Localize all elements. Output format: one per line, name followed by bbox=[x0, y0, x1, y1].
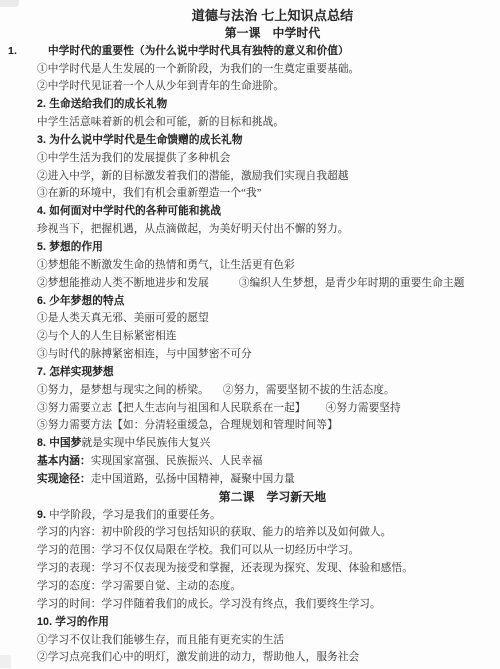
body-text: 学习的时间：学习伴随着我们的成长。学习没有终点，我们要终生学习。 bbox=[37, 599, 381, 610]
topic-heading: 2. 生命送给我们的成长礼物 bbox=[37, 96, 486, 114]
body-text: ①中学生活为我们的发展提供了多种机会 bbox=[37, 153, 230, 164]
heading-text: 中学时代的重要性（为什么说中学时代具有独特的意义和价值） bbox=[48, 45, 349, 57]
body-text: ②中学时代见证着一个人从少年到青年的生命进阶。 bbox=[37, 81, 284, 92]
body-line: 学习的内容：初中阶段的学习包括知识的获取、能力的培养以及如何做人。 bbox=[37, 524, 486, 542]
item-number: 1. bbox=[8, 43, 17, 61]
topic-heading: 7. 怎样实现梦想 bbox=[37, 364, 486, 382]
body-line: ②梦想能推动人类不断地进步和发展③编织人生梦想，是青少年时期的重要生命主题 bbox=[37, 275, 486, 293]
heading-text: 第一课 中学时代 bbox=[225, 26, 321, 40]
heading-text: 10. 学习的作用 bbox=[37, 616, 109, 628]
body-line: ③与时代的脉搏紧密相连，与中国梦密不可分 bbox=[37, 346, 486, 364]
body-line: 学习的表现：学习不仅表现为接受和掌握，还表现为探究、发现、体验和感悟。 bbox=[37, 560, 486, 578]
body-text: 实现国家富强、民族振兴、人民幸福 bbox=[91, 456, 263, 467]
body-text: 就是实现中华民族伟大复兴 bbox=[81, 438, 210, 449]
heading-text: 6. 少年梦想的特点 bbox=[37, 295, 124, 307]
body-line: ②与个人的人生目标紧密相连 bbox=[37, 328, 486, 346]
body-text: ①学习不仅让我们能够生存，而且能有更充实的生活 bbox=[37, 635, 284, 646]
body-text: ②与个人的人生目标紧密相连 bbox=[37, 331, 177, 342]
topic-heading: 5. 梦想的作用 bbox=[37, 239, 486, 257]
body-line: ②中学时代见证着一个人从少年到青年的生命进阶。 bbox=[37, 78, 486, 96]
body-line: ③在新的环境中，我们有机会重新塑造一个“我” bbox=[37, 185, 486, 203]
body-line: 中学生活意味着新的机会和可能，新的目标和挑战。 bbox=[37, 114, 486, 132]
body-text: ①是人类天真无邪、美丽可爱的愿望 bbox=[37, 313, 209, 324]
heading-text: 道德与法治 七上知识点总结 bbox=[192, 8, 354, 23]
body-line: ①中学时代是人生发展的一个新阶段，为我们的一生奠定重要基础。 bbox=[37, 61, 486, 79]
body-line: ③努力需要立志【把人生志向与祖国和人民联系在一起】④努力需要坚持 bbox=[37, 400, 486, 418]
body-text: ②梦想能推动人类不断地进步和发展 bbox=[37, 278, 209, 289]
body-line: 9. 中学阶段，学习是我们的重要任务。 bbox=[37, 507, 486, 525]
body-text: ①梦想能不断激发生命的热情和勇气，让生活更有色彩 bbox=[37, 260, 295, 271]
topic-heading: 10. 学习的作用 bbox=[37, 614, 486, 632]
body-line: 珍视当下，把握机遇，从点滴做起，为美好明天付出不懈的努力。 bbox=[37, 221, 486, 239]
heading-text: 3. 为什么说中学时代是生命馈赠的成长礼物 bbox=[37, 134, 243, 146]
document-page: 道德与法治 七上知识点总结第一课 中学时代1.中学时代的重要性（为什么说中学时代… bbox=[0, 0, 500, 669]
lesson-heading: 第一课 中学时代 bbox=[37, 25, 486, 43]
body-text: ③努力需要立志【把人生志向与祖国和人民联系在一起】 bbox=[37, 403, 306, 414]
scan-artifact-top-left bbox=[0, 0, 19, 7]
body-text: ②学习点亮我们心中的明灯，激发前进的动力，帮助他人，服务社会 bbox=[37, 652, 359, 663]
heading-text: 8. 中国梦 bbox=[37, 437, 81, 449]
body-text: ②进入中学，新的目标激发着我们的潜能，激励我们实现自我超越 bbox=[37, 171, 349, 182]
body-line: ①学习不仅让我们能够生存，而且能有更充实的生活 bbox=[37, 632, 486, 650]
heading-text: 实现途径： bbox=[37, 473, 91, 485]
body-text: 学习的范围：学习不仅仅局限在学校。我们可以从一切经历中学习。 bbox=[37, 545, 359, 556]
body-text: 中学阶段，学习是我们的重要任务。 bbox=[46, 510, 221, 521]
heading-text: 4. 如何面对中学时代的各种可能和挑战 bbox=[37, 205, 221, 217]
lesson-heading: 第二课 学习新天地 bbox=[37, 489, 486, 507]
body-text: ④努力需要坚持 bbox=[326, 403, 401, 414]
body-line: 学习的态度：学习需要自觉、主动的态度。 bbox=[37, 578, 486, 596]
body-line: ①梦想能不断激发生命的热情和勇气，让生活更有色彩 bbox=[37, 257, 486, 275]
body-line: ⑤努力需要方法【如：分清轻重缓急，合理规划和管理时间等】 bbox=[37, 417, 486, 435]
body-text: ②努力，需要坚韧不拔的生活态度。 bbox=[223, 385, 395, 396]
heading-text: 7. 怎样实现梦想 bbox=[37, 366, 114, 378]
body-text: ①中学时代是人生发展的一个新阶段，为我们的一生奠定重要基础。 bbox=[37, 64, 359, 75]
body-text: ③在新的环境中，我们有机会重新塑造一个“我” bbox=[37, 188, 262, 199]
body-text: 学习的表现：学习不仅表现为接受和掌握，还表现为探究、发现、体验和感悟。 bbox=[37, 563, 413, 574]
body-line: ①中学生活为我们的发展提供了多种机会 bbox=[37, 150, 486, 168]
body-line: 实现途径：走中国道路，弘扬中国精神，凝聚中国力量 bbox=[37, 471, 486, 489]
body-line: ②学习点亮我们心中的明灯，激发前进的动力，帮助他人，服务社会 bbox=[37, 649, 486, 667]
body-text: 学习的态度：学习需要自觉、主动的态度。 bbox=[37, 581, 241, 592]
doc-title: 道德与法治 七上知识点总结 bbox=[37, 7, 486, 25]
body-text: 走中国道路，弘扬中国精神，凝聚中国力量 bbox=[91, 474, 295, 485]
topic-heading: 4. 如何面对中学时代的各种可能和挑战 bbox=[37, 203, 486, 221]
body-line: ①是人类天真无邪、美丽可爱的愿望 bbox=[37, 310, 486, 328]
body-line: 基本内涵：实现国家富强、民族振兴、人民幸福 bbox=[37, 453, 486, 471]
body-text: 学习的内容：初中阶段的学习包括知识的获取、能力的培养以及如何做人。 bbox=[37, 527, 392, 538]
topic-heading: 6. 少年梦想的特点 bbox=[37, 293, 486, 311]
body-line: 学习的时间：学习伴随着我们的成长。学习没有终点，我们要终生学习。 bbox=[37, 596, 486, 614]
body-text: ③编织人生梦想，是青少年时期的重要生命主题 bbox=[239, 278, 465, 289]
body-line: 8. 中国梦就是实现中华民族伟大复兴 bbox=[37, 435, 486, 453]
body-line: ②进入中学，新的目标激发着我们的潜能，激励我们实现自我超越 bbox=[37, 168, 486, 186]
heading-text: 2. 生命送给我们的成长礼物 bbox=[37, 98, 167, 110]
topic-heading: 3. 为什么说中学时代是生命馈赠的成长礼物 bbox=[37, 132, 486, 150]
body-text: ⑤努力需要方法【如：分清轻重缓急，合理规划和管理时间等】 bbox=[37, 420, 338, 431]
heading-text: 5. 梦想的作用 bbox=[37, 241, 103, 253]
document-content: 道德与法治 七上知识点总结第一课 中学时代1.中学时代的重要性（为什么说中学时代… bbox=[0, 7, 500, 667]
body-text: 中学生活意味着新的机会和可能，新的目标和挑战。 bbox=[37, 117, 284, 128]
numbered-heading: 1.中学时代的重要性（为什么说中学时代具有独特的意义和价值） bbox=[37, 43, 486, 61]
body-line: ①努力，是梦想与现实之间的桥梁。②努力，需要坚韧不拔的生活态度。 bbox=[37, 382, 486, 400]
body-line: 学习的范围：学习不仅仅局限在学校。我们可以从一切经历中学习。 bbox=[37, 542, 486, 560]
body-text: 珍视当下，把握机遇，从点滴做起，为美好明天付出不懈的努力。 bbox=[37, 224, 349, 235]
heading-text: 9. bbox=[37, 509, 46, 521]
heading-text: 第二课 学习新天地 bbox=[219, 490, 327, 504]
heading-text: 基本内涵： bbox=[37, 455, 91, 467]
body-text: ③与时代的脉搏紧密相连，与中国梦密不可分 bbox=[37, 349, 252, 360]
body-text: ①努力，是梦想与现实之间的桥梁。 bbox=[37, 385, 209, 396]
